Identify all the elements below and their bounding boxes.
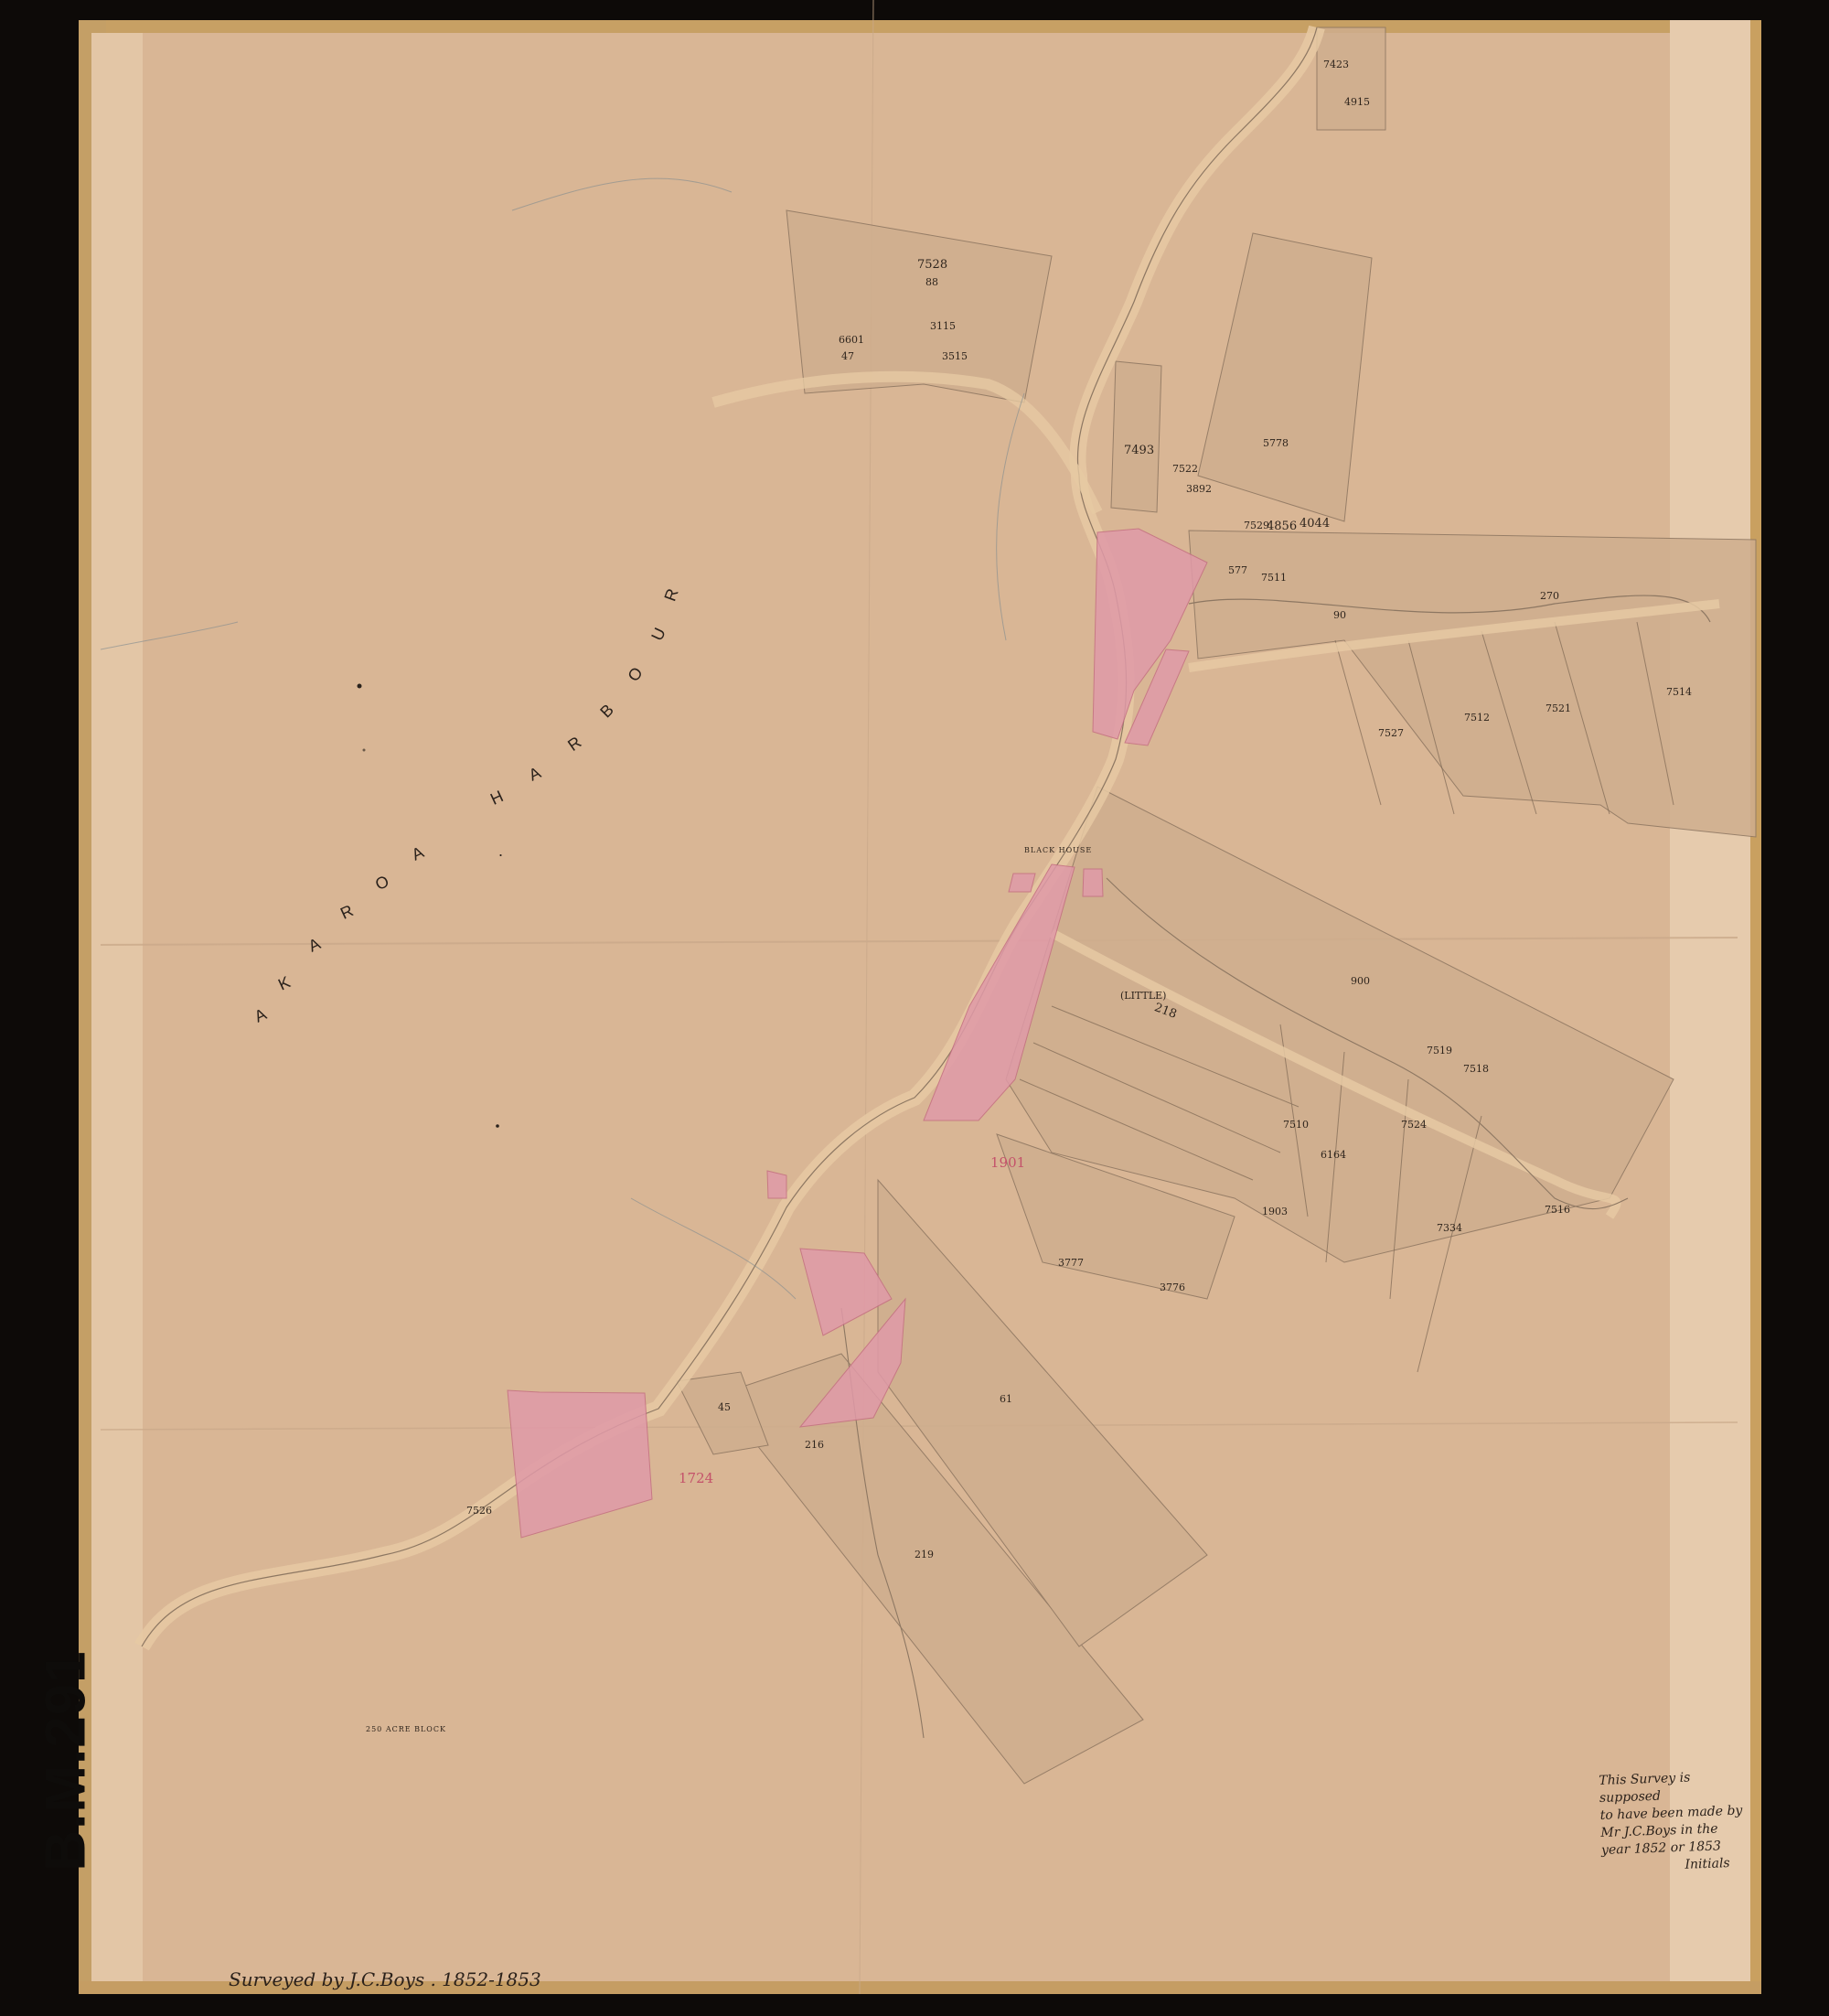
section-number: 4915 bbox=[1344, 96, 1370, 108]
section-number: 7510 bbox=[1283, 1119, 1309, 1131]
section-number: 7334 bbox=[1437, 1222, 1462, 1234]
section-number: 7511 bbox=[1261, 572, 1287, 584]
survey-map-drawing bbox=[0, 0, 1829, 2016]
section-number: 7529 bbox=[1244, 520, 1269, 531]
section-number: 3892 bbox=[1186, 483, 1212, 495]
catalogue-number: B.M.291 bbox=[38, 1592, 93, 1930]
section-number: 7516 bbox=[1545, 1204, 1570, 1216]
section-number: 6164 bbox=[1321, 1149, 1346, 1161]
section-number: 7493 bbox=[1124, 444, 1154, 457]
section-area: (LITTLE) bbox=[1120, 990, 1166, 1002]
section-number-red: 1724 bbox=[679, 1470, 713, 1486]
block-label: 250 ACRE BLOCK bbox=[366, 1725, 446, 1733]
catalogue-number-text: B.M.291 bbox=[34, 1650, 99, 1871]
section-number: 7522 bbox=[1172, 463, 1198, 475]
section-number: 5778 bbox=[1263, 437, 1289, 449]
section-number: 7512 bbox=[1464, 712, 1490, 724]
section-number: 7423 bbox=[1323, 59, 1349, 70]
section-number: 219 bbox=[914, 1549, 934, 1560]
section-number: 7524 bbox=[1401, 1119, 1427, 1131]
section-number: 7519 bbox=[1427, 1045, 1452, 1056]
handwritten-annotation: This Survey is supposed to have been mad… bbox=[1599, 1767, 1758, 1877]
section-number: 7518 bbox=[1463, 1063, 1489, 1075]
section-number: 90 bbox=[1333, 609, 1346, 621]
section-number: 45 bbox=[718, 1401, 731, 1413]
section-area: 47 bbox=[841, 350, 854, 362]
section-area: 88 bbox=[925, 276, 938, 288]
section-number: 577 bbox=[1228, 564, 1247, 576]
section-number: 7514 bbox=[1666, 686, 1692, 698]
section-number: 4044 bbox=[1300, 517, 1330, 531]
section-number: 7528 bbox=[917, 258, 947, 272]
section-number: 3777 bbox=[1058, 1257, 1084, 1269]
section-number: 4856 bbox=[1267, 520, 1297, 533]
section-number: 1903 bbox=[1262, 1206, 1288, 1217]
land-parcels bbox=[677, 27, 1756, 1784]
section-number: 900 bbox=[1351, 975, 1370, 987]
surveyor-credit: Surveyed by J.C.Boys . 1852-1853 bbox=[229, 1968, 541, 1990]
annotation-line: This Survey is supposed bbox=[1599, 1767, 1755, 1807]
section-number-red: 1901 bbox=[990, 1154, 1025, 1171]
place-label: BLACK HOUSE bbox=[1024, 846, 1092, 854]
section-number: 7521 bbox=[1546, 702, 1571, 714]
section-number: 61 bbox=[1000, 1393, 1012, 1405]
section-number: 6601 bbox=[839, 334, 864, 346]
section-number: 270 bbox=[1540, 590, 1559, 602]
section-number: 3515 bbox=[942, 350, 968, 362]
harbour-letter: . bbox=[498, 842, 503, 861]
section-number: 7527 bbox=[1378, 727, 1404, 739]
section-number: 7526 bbox=[466, 1505, 492, 1517]
section-number: 3776 bbox=[1160, 1281, 1185, 1293]
section-number: 3115 bbox=[930, 320, 956, 332]
section-number: 216 bbox=[805, 1439, 824, 1451]
